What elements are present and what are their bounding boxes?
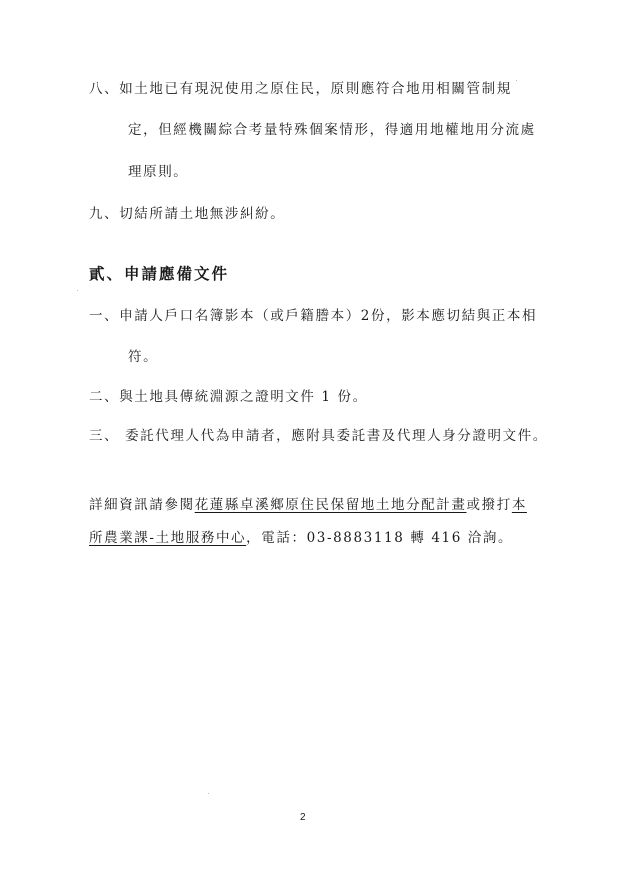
item-8-line-3: 理原則。 (128, 160, 188, 180)
contact-line-2: 所農業課-土地服務中心，電話：03-8883118 轉 416 洽詢。 (89, 526, 513, 546)
item-9-line-1: 九、切結所請土地無涉糾紛。 (89, 202, 285, 222)
section-heading-required-documents: 貳、申請應備文件 (89, 262, 229, 284)
land-service-center-link-part1[interactable]: 本 (512, 497, 527, 513)
item-8-line-1: 八、如土地已有現況使用之原住民，原則應符合地用相關管制規 (89, 77, 512, 97)
doc-item-3-marker: 三、 (89, 428, 119, 444)
land-service-center-link-part2[interactable]: 所農業課-土地服務中心 (89, 530, 246, 546)
item-9-marker: 九、 (89, 206, 119, 222)
doc-item-2-marker: 二、 (89, 389, 119, 405)
item-8-line-2: 定，但經機關綜合考量特殊個案情形，得適用地權地用分流處 (128, 118, 536, 138)
scan-speck (516, 80, 517, 81)
allocation-plan-link[interactable]: 花蓮縣卓溪鄉原住民保留地土地分配計畫 (195, 497, 467, 513)
doc-item-1-marker: 一、 (89, 308, 119, 324)
doc-item-2-line-1: 二、與土地具傳統淵源之證明文件 1 份。 (89, 385, 368, 405)
page-number: 2 (300, 812, 306, 823)
scan-speck (208, 793, 209, 794)
doc-item-1-line-2: 符。 (128, 345, 158, 365)
item-8-marker: 八、 (89, 81, 119, 97)
contact-line-1: 詳細資訊請參閱花蓮縣卓溪鄉原住民保留地土地分配計畫或撥打本 (89, 493, 527, 513)
doc-item-1-line-1: 一、申請人戶口名簿影本（或戶籍謄本）2份，影本應切結與正本相 (89, 304, 537, 324)
scan-speck (77, 290, 78, 291)
doc-item-3-line-1: 三、 委託代理人代為申請者，應附具委託書及代理人身分證明文件。 (89, 424, 548, 444)
